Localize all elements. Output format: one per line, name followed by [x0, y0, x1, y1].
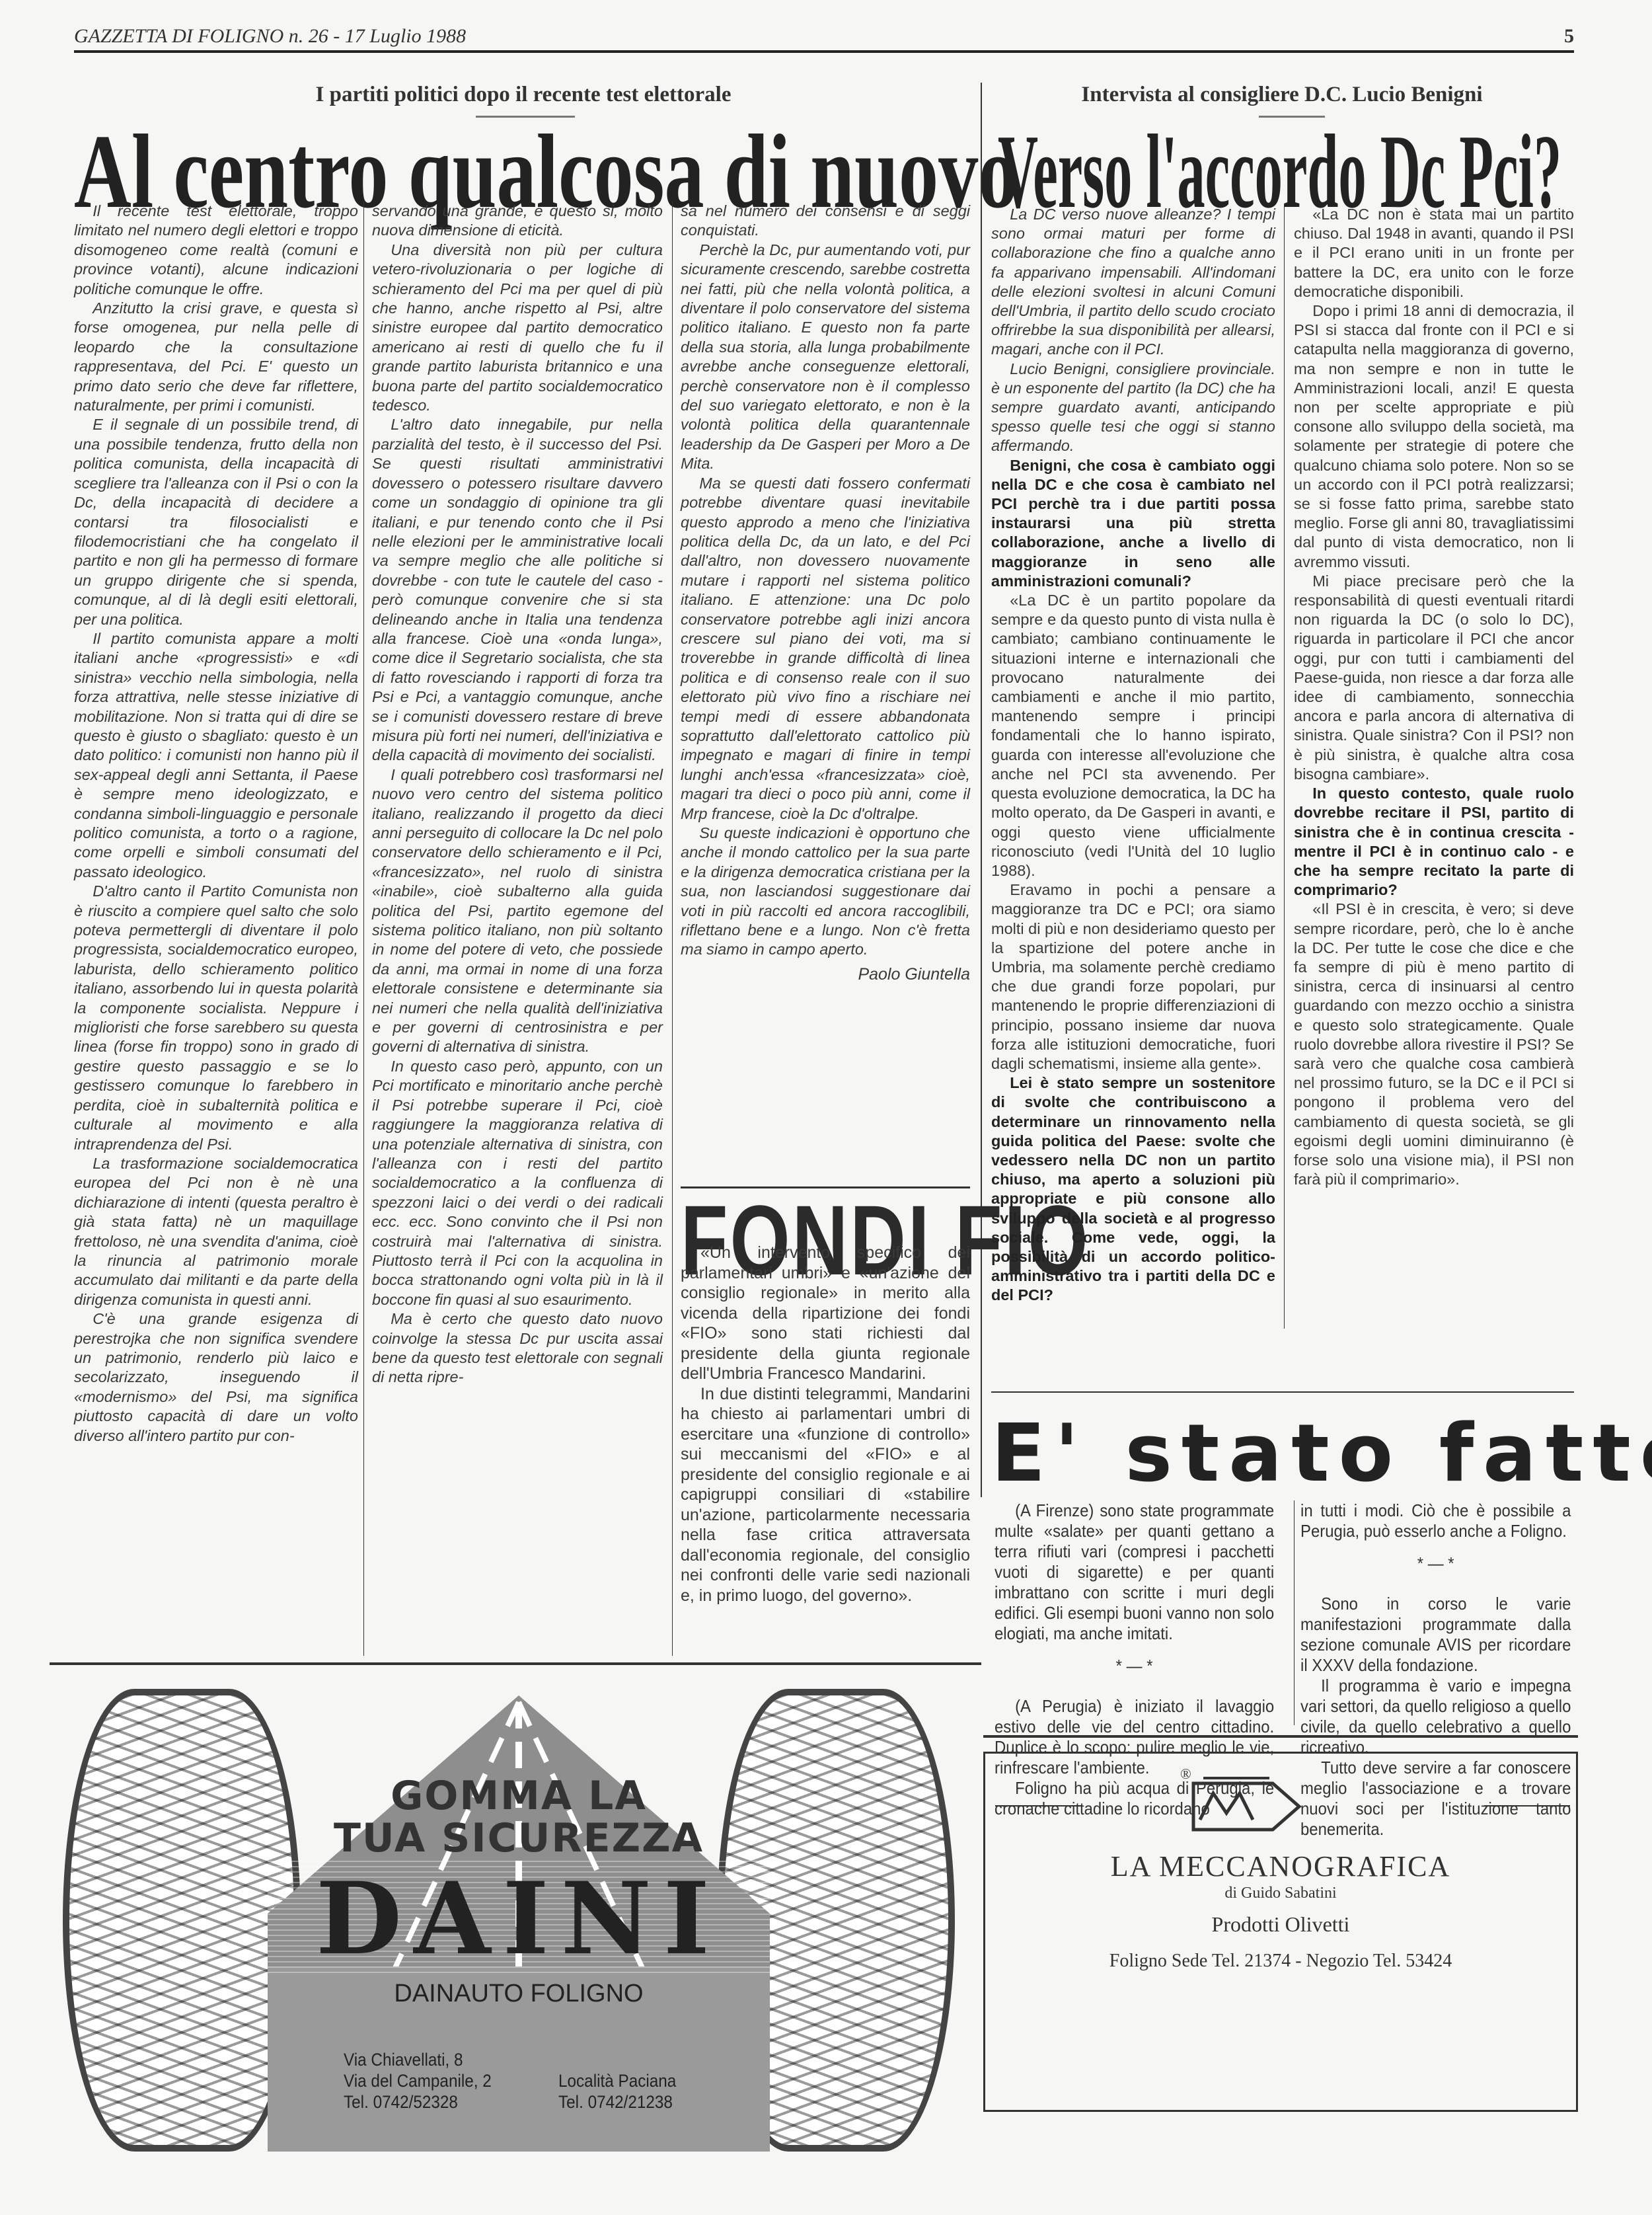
- paragraph: In questo caso però, appunto, con un Pci…: [372, 1057, 663, 1309]
- paragraph: D'altro canto il Partito Comunista non è…: [74, 882, 358, 1154]
- column-rule: [363, 202, 364, 1656]
- paragraph: I quali potrebbero così trasformarsi nel…: [372, 765, 663, 1057]
- paragraph: (A Firenze) sono state programmate multe…: [995, 1500, 1274, 1644]
- paragraph: E il segnale di un possibile trend, di u…: [74, 415, 358, 629]
- paragraph: Il programma è vario e impegna vari sett…: [1300, 1676, 1571, 1758]
- separator: * — *: [1300, 1553, 1571, 1574]
- e-stato-fatto-headline: E' stato fatto: [991, 1408, 1574, 1500]
- paragraph: C'è una grande esigenza di perestrojka c…: [74, 1309, 358, 1446]
- column-rule: [1284, 205, 1285, 1329]
- column-rule: [672, 202, 673, 1656]
- fondi-fio-body: «Un intervento specifico dei parlamentar…: [681, 1243, 970, 1606]
- section-rule: [983, 1735, 1578, 1738]
- paragraph: in tutti i modi. Ciò che è possibile a P…: [1300, 1500, 1571, 1541]
- article-column-1: Il recente test elettorale, troppo limit…: [74, 202, 358, 1446]
- left-article-kicker: I partiti politici dopo il recente test …: [74, 83, 973, 107]
- paragraph: servando una grande, e questo si, molto …: [372, 202, 663, 241]
- masthead-rule: [74, 50, 1574, 53]
- paragraph: Su queste indicazioni è opportuno che an…: [681, 824, 970, 960]
- section-rule: [991, 1391, 1574, 1393]
- tire-left-icon: [63, 1689, 301, 2152]
- right-article-kicker: Intervista al consigliere D.C. Lucio Ben…: [991, 83, 1573, 107]
- logo-rule-right: [1484, 1805, 1570, 1807]
- page-number: 5: [1564, 25, 1574, 48]
- article-column-3: sa nel numero dei consensi e di seggi co…: [681, 202, 970, 984]
- interview-question: In questo contesto, quale ruolo dovrebbe…: [1294, 784, 1574, 900]
- intro-paragraph: La DC verso nuove alleanze? I tempi sono…: [991, 205, 1275, 360]
- paragraph: La trasformazione socialdemocratica euro…: [74, 1154, 358, 1309]
- paragraph: Il partito comunista appare a molti ital…: [74, 629, 358, 882]
- interview-answer: «Il PSI è in crescita, è vero; si deve s…: [1294, 900, 1574, 1189]
- intro-paragraph: Lucio Benigni, consigliere provinciale. …: [991, 360, 1275, 456]
- interview-question: Lei è stato sempre un sostenitore di svo…: [991, 1073, 1275, 1305]
- paragraph: L'altro dato innegabile, pur nella parzi…: [372, 415, 663, 765]
- paragraph: Ma è certo che questo dato nuovo coinvol…: [372, 1309, 663, 1387]
- interview-column-2: «La DC non è stata mai un partito chiuso…: [1294, 205, 1574, 1189]
- company-owner: di Guido Sabatini: [985, 1885, 1576, 1902]
- interview-column-1: La DC verso nuove alleanze? I tempi sono…: [991, 205, 1275, 1305]
- column-rule: [1294, 1500, 1295, 1725]
- interview-answer: Eravamo in pochi a pensare a maggioranze…: [991, 880, 1275, 1073]
- interview-answer: «La DC non è stata mai un partito chiuso…: [1294, 205, 1574, 301]
- dainauto-advertisement[interactable]: GOMMA LA TUA SICUREZZA DAINI DAINAUTO FO…: [50, 1669, 981, 2171]
- publication-info: GAZZETTA DI FOLIGNO n. 26 - 17 Luglio 19…: [74, 25, 466, 47]
- paragraph: Ma se questi dati fossero confermati pot…: [681, 474, 970, 824]
- ad-address-left: Via Chiavellati, 8 Via del Campanile, 2 …: [344, 2049, 492, 2113]
- paragraph: Il recente test elettorale, troppo limit…: [74, 202, 358, 299]
- interview-answer: «La DC è un partito popolare da sempre e…: [991, 591, 1275, 880]
- daini-logo: DAINI: [268, 1861, 770, 1977]
- ad-slogan: GOMMA LA TUA SICUREZZA: [268, 1775, 770, 1859]
- meccanografica-logo-icon: [1190, 1777, 1302, 1836]
- paragraph: «Un intervento specifico dei parlamentar…: [681, 1243, 970, 1384]
- meccanografica-advertisement[interactable]: ® LA MECCANOGRAFICA di Guido Sabatini Pr…: [983, 1752, 1578, 2112]
- paragraph: Sono in corso le varie manifestazioni pr…: [1300, 1594, 1571, 1676]
- separator: * — *: [995, 1656, 1274, 1676]
- interview-answer: Dopo i primi 18 anni di democrazia, il P…: [1294, 301, 1574, 572]
- author-byline: Paolo Giuntella: [681, 965, 970, 984]
- article-column-2: servando una grande, e questo si, molto …: [372, 202, 663, 1387]
- company-contacts: Foligno Sede Tel. 21374 - Negozio Tel. 5…: [985, 1951, 1576, 1972]
- ad-company-name: DAINAUTO FOLIGNO: [268, 1980, 770, 2008]
- paragraph: In due distinti telegrammi, Mandarini ha…: [681, 1384, 970, 1606]
- paragraph: sa nel numero dei consensi e di seggi co…: [681, 202, 970, 241]
- interview-question: Benigni, che cosa è cambiato oggi nella …: [991, 456, 1275, 591]
- paragraph: Perchè la Dc, pur aumentando voti, pur s…: [681, 241, 970, 474]
- paragraph: Una diversità non più per cultura vetero…: [372, 241, 663, 416]
- section-rule: [50, 1662, 981, 1665]
- interview-answer: Mi piace precisare però che la responsab…: [1294, 572, 1574, 784]
- logo-rule-left: [995, 1805, 1081, 1807]
- company-products: Prodotti Olivetti: [985, 1912, 1576, 1937]
- paragraph: Anzitutto la crisi grave, e questa sì fo…: [74, 299, 358, 415]
- company-name: LA MECCANOGRAFICA: [985, 1849, 1576, 1883]
- masthead: GAZZETTA DI FOLIGNO n. 26 - 17 Luglio 19…: [74, 25, 1574, 53]
- ad-address-right: Località Paciana Tel. 0742/21238: [558, 2070, 676, 2113]
